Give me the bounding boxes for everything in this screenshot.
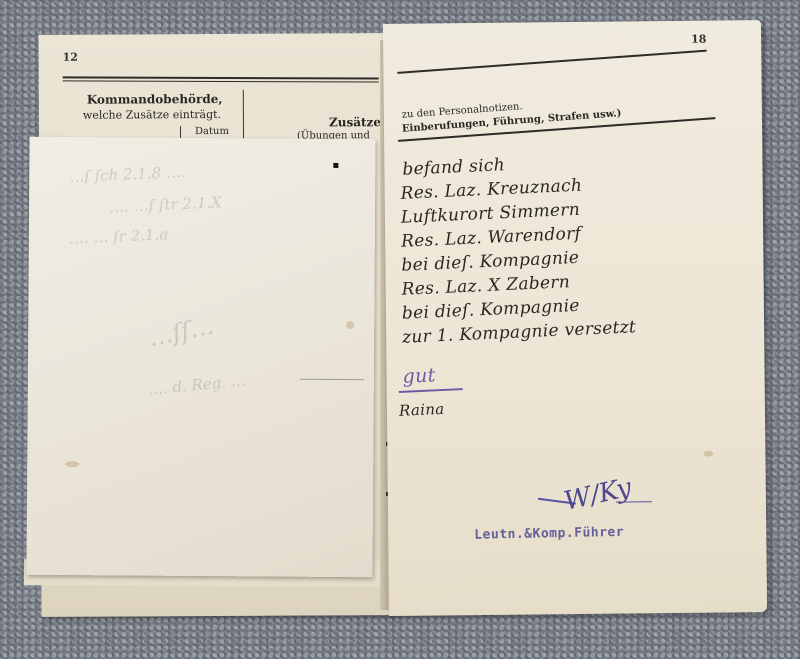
column-divider bbox=[243, 90, 244, 144]
paper-stain bbox=[346, 321, 354, 329]
paper-stain bbox=[703, 451, 713, 457]
commander-signature: W/Ky bbox=[561, 473, 634, 517]
rating-underline bbox=[399, 388, 463, 393]
header-rule-top bbox=[63, 76, 379, 79]
signature-tail bbox=[616, 501, 652, 502]
ghost-text-line: …. d. Reg. … bbox=[147, 371, 246, 398]
page-number-right: 18 bbox=[691, 33, 706, 46]
handwritten-entry: Luftkurort Simmern bbox=[400, 200, 580, 228]
header-kommandobehoerde: Kommandobehörde, bbox=[87, 92, 223, 107]
right-page: 18 zu den Personalnotizen. Einberufungen… bbox=[383, 20, 767, 616]
conduct-signature: Raina bbox=[399, 400, 445, 420]
header-rule-top bbox=[397, 50, 706, 74]
ghost-text-line: …. …ſ ſtr 2.1.X bbox=[109, 193, 222, 216]
header-zusaetze: Zusätze bbox=[329, 115, 381, 129]
ghost-text-line: …. … ſr 2.1.a bbox=[68, 225, 168, 247]
inserted-slip: …ſ ſch 2.1.8 …. …. …ſ ſtr 2.1.X …. … ſr … bbox=[26, 137, 375, 577]
header-datum: Datum bbox=[195, 126, 229, 137]
ghost-text-line: …ſ ſch 2.1.8 …. bbox=[69, 163, 186, 186]
handwritten-entry: Res. Laz. Kreuznach bbox=[400, 176, 582, 204]
handwritten-entry: Res. Laz. X Zabern bbox=[401, 272, 570, 300]
handwritten-entry: bei dieſ. Kompagnie bbox=[401, 296, 580, 324]
rank-stamp: Leutn.&Komp.Führer bbox=[474, 525, 624, 543]
paper-stain bbox=[65, 461, 79, 467]
dashed-line bbox=[300, 379, 364, 380]
ghost-signature: …ſſ… bbox=[146, 312, 216, 353]
ink-dot bbox=[333, 163, 338, 168]
header-rule-top-thin bbox=[63, 80, 379, 82]
page-number-left: 12 bbox=[63, 51, 78, 64]
header-zusaetze-eintraegt: welche Zusätze einträgt. bbox=[83, 108, 221, 122]
handwritten-entry: Res. Laz. Warendorf bbox=[401, 224, 582, 252]
conduct-rating: gut bbox=[402, 364, 436, 387]
handwritten-entry: bei dieſ. Kompagnie bbox=[401, 248, 580, 276]
handwritten-entry: befand sich bbox=[402, 155, 505, 180]
